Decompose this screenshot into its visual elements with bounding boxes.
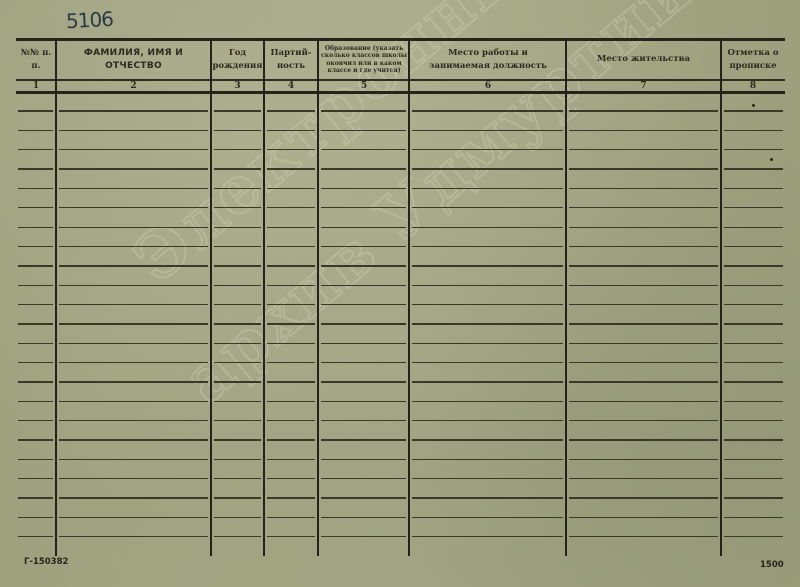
row-rule [412, 265, 563, 266]
row-rule [59, 265, 208, 266]
row-rule [321, 149, 406, 150]
row-rule [569, 149, 718, 150]
row-rule [724, 517, 783, 518]
row-rule [724, 207, 783, 208]
row-rule [321, 497, 406, 498]
row-rule [59, 381, 208, 382]
row-rule [569, 168, 718, 169]
ink-mark [752, 104, 755, 107]
row-rule [214, 439, 261, 440]
row-rule [412, 130, 563, 131]
row-rule [18, 110, 53, 111]
row-rule [18, 343, 53, 344]
col-header-index: №№ п. п. [16, 40, 56, 79]
row-rule [412, 285, 563, 286]
row-rule [412, 536, 563, 537]
row-rule [214, 517, 261, 518]
row-rule [321, 420, 406, 421]
row-rule [569, 285, 718, 286]
row-rule [724, 420, 783, 421]
row-rule [18, 188, 53, 189]
row-rule [724, 188, 783, 189]
row-rule [724, 439, 783, 440]
row-rule [59, 207, 208, 208]
row-rule [267, 536, 315, 537]
row-rule [412, 227, 563, 228]
row-rule [569, 110, 718, 111]
row-rule [59, 478, 208, 479]
row-rule [321, 265, 406, 266]
row-rule [724, 227, 783, 228]
row-rule [569, 459, 718, 460]
row-rule [321, 343, 406, 344]
row-rule [412, 188, 563, 189]
row-rule [569, 130, 718, 131]
row-rule [569, 362, 718, 363]
row-rule [59, 304, 208, 305]
row-rule [18, 168, 53, 169]
column-divider [565, 38, 567, 556]
row-rule [321, 130, 406, 131]
row-rule [214, 401, 261, 402]
row-rule [724, 265, 783, 266]
row-rule [18, 459, 53, 460]
row-rule [214, 168, 261, 169]
row-rule [724, 285, 783, 286]
row-rule [321, 207, 406, 208]
row-rule [214, 381, 261, 382]
col-header-party: Партий­ность [264, 40, 318, 79]
row-rule [59, 401, 208, 402]
row-rule [569, 246, 718, 247]
col-number-4: 4 [264, 80, 318, 91]
row-rule [18, 517, 53, 518]
form-code: Г-150382 [24, 557, 68, 567]
row-rule [321, 110, 406, 111]
row-rule [412, 246, 563, 247]
row-rule [412, 401, 563, 402]
row-rule [569, 227, 718, 228]
column-divider [720, 38, 722, 556]
row-rule [18, 149, 53, 150]
row-rule [18, 536, 53, 537]
row-rule [412, 497, 563, 498]
row-rule [59, 188, 208, 189]
row-rule [412, 439, 563, 440]
col-number-6: 6 [410, 80, 566, 91]
row-rule [18, 420, 53, 421]
row-rule [321, 381, 406, 382]
column-divider [55, 38, 57, 556]
row-rule [569, 304, 718, 305]
col-header-full-name: ФАМИЛИЯ, ИМЯ И ОТЧЕСТВО [56, 40, 211, 79]
row-rule [59, 517, 208, 518]
row-rule [214, 362, 261, 363]
row-rule [214, 130, 261, 131]
row-rule [18, 323, 53, 324]
row-rule [214, 343, 261, 344]
row-rule [18, 381, 53, 382]
row-rule [18, 265, 53, 266]
census-form-page: Электронный архив Удмуртии 5106 №№ п. п.… [0, 0, 800, 587]
row-rule [18, 401, 53, 402]
row-rule [214, 110, 261, 111]
row-rule [569, 381, 718, 382]
row-rule [18, 130, 53, 131]
row-rule [412, 207, 563, 208]
row-rule [214, 227, 261, 228]
row-rule [267, 401, 315, 402]
row-rule [59, 343, 208, 344]
row-rule [569, 323, 718, 324]
col-number-5: 5 [318, 80, 410, 91]
col-header-education: Образование (указать сколько классов шко… [320, 40, 408, 79]
row-rule [267, 362, 315, 363]
row-rule [59, 110, 208, 111]
row-rule [267, 168, 315, 169]
row-rule [412, 517, 563, 518]
row-rule [18, 497, 53, 498]
row-rule [724, 362, 783, 363]
handwritten-page-number: 5106 [65, 7, 113, 33]
row-rule [321, 323, 406, 324]
row-rule [412, 343, 563, 344]
print-run: 1500 [760, 560, 784, 570]
row-rule [267, 227, 315, 228]
row-rule [412, 168, 563, 169]
row-rule [214, 420, 261, 421]
row-rule [59, 459, 208, 460]
col-header-registration-mark: Отметка о прописке [721, 40, 785, 79]
row-rule [724, 110, 783, 111]
row-rule [214, 285, 261, 286]
row-rule [412, 110, 563, 111]
row-rule [267, 207, 315, 208]
row-rule [321, 401, 406, 402]
row-rule [412, 362, 563, 363]
row-rule [724, 323, 783, 324]
row-rule [321, 188, 406, 189]
row-rule [267, 381, 315, 382]
row-rule [321, 168, 406, 169]
row-rule [321, 246, 406, 247]
row-rule [321, 517, 406, 518]
row-rule [267, 323, 315, 324]
row-rule [18, 207, 53, 208]
row-rule [18, 246, 53, 247]
row-rule [267, 304, 315, 305]
row-rule [214, 459, 261, 460]
row-rule [267, 110, 315, 111]
row-rule [267, 265, 315, 266]
row-rule [59, 420, 208, 421]
row-rule [214, 188, 261, 189]
row-rule [267, 149, 315, 150]
row-rule [267, 459, 315, 460]
row-rule [267, 188, 315, 189]
row-rule [724, 497, 783, 498]
header-bottom-border [16, 91, 785, 94]
row-rule [321, 459, 406, 460]
row-rule [267, 420, 315, 421]
row-rule [59, 285, 208, 286]
col-header-workplace: Место работы и занимаемая должность [410, 40, 566, 79]
row-rule [569, 401, 718, 402]
row-rule [59, 149, 208, 150]
row-rule [267, 246, 315, 247]
row-rule [724, 459, 783, 460]
row-rule [59, 362, 208, 363]
row-rule [59, 130, 208, 131]
column-divider [317, 38, 319, 556]
row-rule [214, 246, 261, 247]
col-number-8: 8 [721, 80, 785, 91]
col-header-birth-year: Год рождения [211, 40, 264, 79]
row-rule [724, 536, 783, 537]
row-rule [412, 478, 563, 479]
row-rule [18, 304, 53, 305]
row-rule [412, 149, 563, 150]
col-header-residence: Место жительства [566, 40, 721, 79]
household-register-table: №№ п. п. ФАМИЛИЯ, ИМЯ И ОТЧЕСТВО Год рож… [16, 38, 785, 556]
row-rule [59, 227, 208, 228]
row-rule [59, 246, 208, 247]
row-rule [267, 517, 315, 518]
col-number-1: 1 [16, 80, 56, 91]
row-rule [214, 207, 261, 208]
row-rule [214, 304, 261, 305]
row-rule [214, 497, 261, 498]
row-rule [569, 536, 718, 537]
row-rule [569, 497, 718, 498]
row-rule [724, 304, 783, 305]
row-rule [18, 362, 53, 363]
row-rule [321, 227, 406, 228]
row-rule [412, 459, 563, 460]
row-rule [321, 285, 406, 286]
row-rule [214, 323, 261, 324]
row-rule [59, 439, 208, 440]
row-rule [321, 304, 406, 305]
row-rule [724, 401, 783, 402]
row-rule [412, 381, 563, 382]
row-rule [724, 246, 783, 247]
row-rule [267, 130, 315, 131]
row-rule [321, 536, 406, 537]
row-rule [214, 265, 261, 266]
row-rule [18, 227, 53, 228]
column-divider [408, 38, 410, 556]
row-rule [18, 478, 53, 479]
row-rule [321, 478, 406, 479]
row-rule [267, 497, 315, 498]
row-rule [18, 439, 53, 440]
row-rule [569, 517, 718, 518]
row-rule [724, 381, 783, 382]
row-rule [569, 343, 718, 344]
row-rule [569, 265, 718, 266]
row-rule [724, 343, 783, 344]
column-divider [210, 38, 212, 556]
row-rule [267, 285, 315, 286]
row-rule [569, 420, 718, 421]
col-number-2: 2 [56, 80, 211, 91]
row-rule [214, 478, 261, 479]
row-rule [267, 478, 315, 479]
row-rule [214, 149, 261, 150]
row-rule [569, 478, 718, 479]
row-rule [569, 439, 718, 440]
row-rule [59, 168, 208, 169]
row-rule [267, 439, 315, 440]
row-rule [18, 285, 53, 286]
row-rule [569, 207, 718, 208]
row-rule [412, 323, 563, 324]
row-rule [214, 536, 261, 537]
row-rule [724, 130, 783, 131]
row-rule [59, 536, 208, 537]
row-rule [267, 343, 315, 344]
row-rule [59, 323, 208, 324]
col-number-7: 7 [566, 80, 721, 91]
row-rule [724, 478, 783, 479]
ink-mark [770, 158, 773, 161]
column-divider [263, 38, 265, 556]
row-rule [412, 304, 563, 305]
row-rule [724, 168, 783, 169]
row-rule [724, 149, 783, 150]
row-rule [569, 188, 718, 189]
row-rule [59, 497, 208, 498]
row-rule [321, 362, 406, 363]
row-rule [412, 420, 563, 421]
col-number-3: 3 [211, 80, 264, 91]
row-rule [321, 439, 406, 440]
